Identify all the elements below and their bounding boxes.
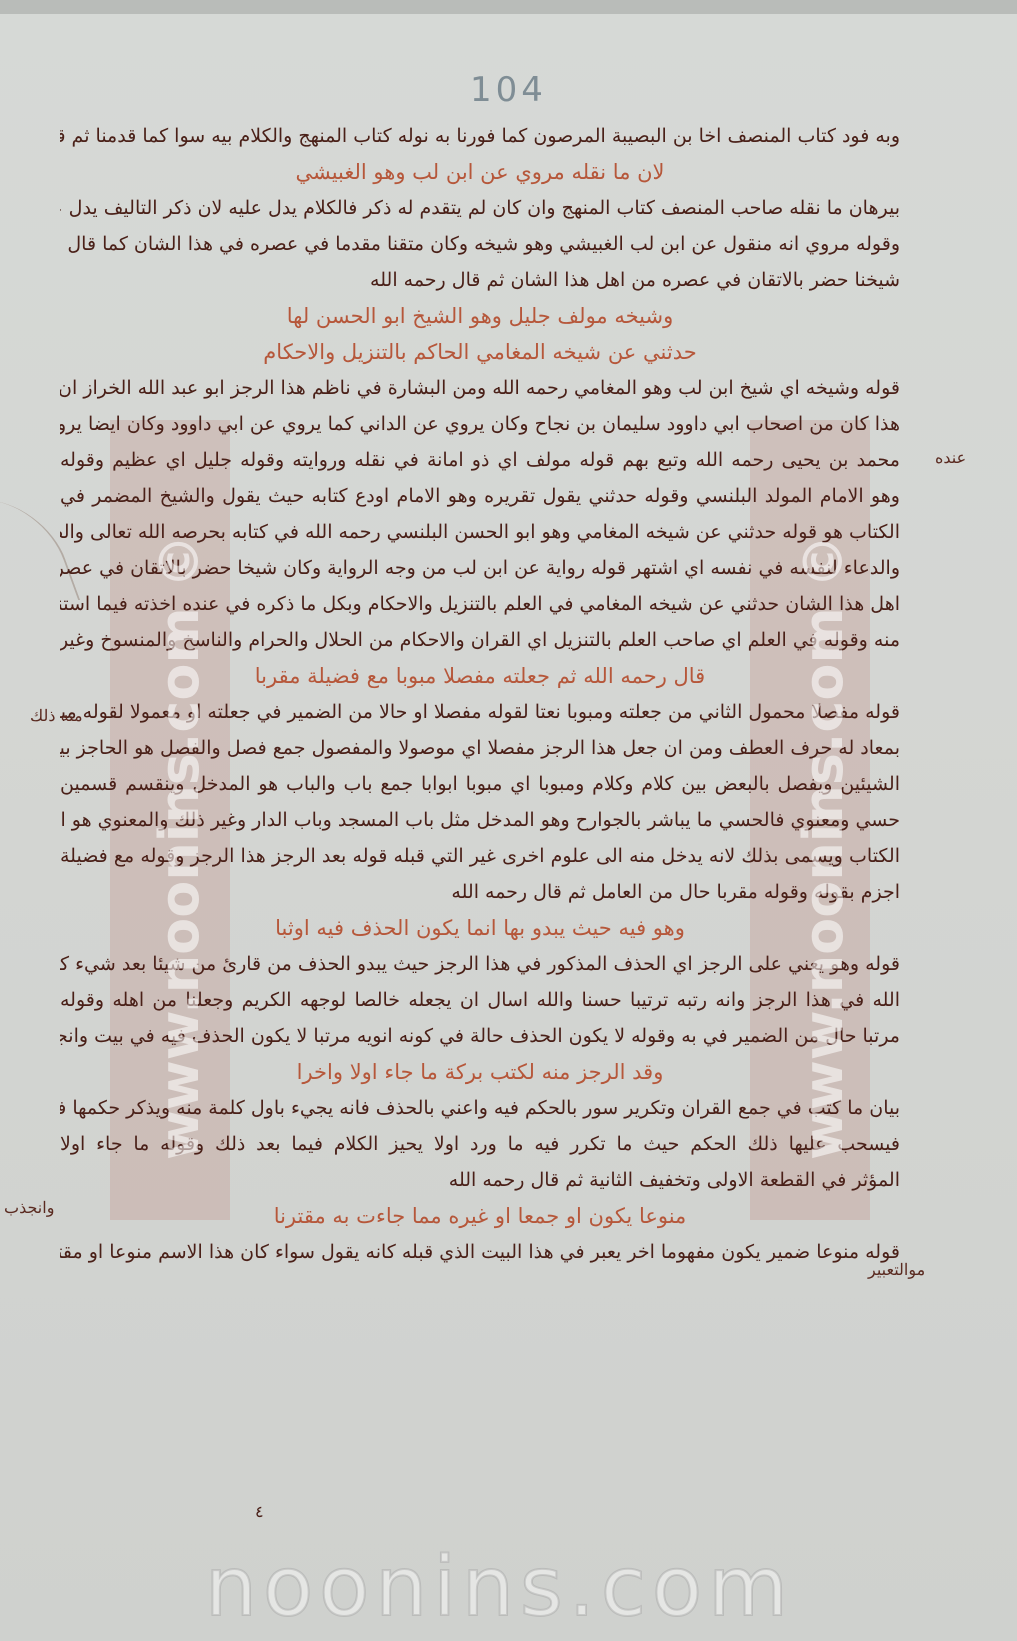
margin-note: موالتعبير — [868, 1260, 925, 1279]
text-line: وهو الامام المولد البلنسي وقوله حدثني يق… — [60, 478, 900, 514]
rubric-line: حدثني عن شيخه المغامي الحاكم بالتنزيل وا… — [60, 334, 900, 370]
catchword: ٤ — [255, 1502, 264, 1521]
manuscript-page: 104 وبه فود كتاب المنصف اخا بن البصيبة ا… — [0, 0, 1017, 1641]
margin-note: منه ذلك — [30, 706, 83, 725]
text-line: هذا كان من اصحاب ابي داوود سليمان بن نجا… — [60, 406, 900, 442]
text-line: بيرهان ما نقله صاحب المنصف كتاب المنهج و… — [60, 190, 900, 226]
text-line: وبه فود كتاب المنصف اخا بن البصيبة المرص… — [60, 118, 900, 154]
watermark-vertical-left: www.noonins.com © — [148, 534, 211, 1160]
text-line: شيخنا حضر بالاتقان في عصره من اهل هذا ال… — [60, 262, 900, 298]
watermark-bottom: noonins.com — [205, 1540, 794, 1635]
page-top-edge — [0, 0, 1017, 14]
margin-note: وانجذب — [4, 1198, 54, 1217]
rubric-line: وشيخه مولف جليل وهو الشيخ ابو الحسن لها — [60, 298, 900, 334]
text-line: وقوله مروي انه منقول عن ابن لب الغبيشي و… — [60, 226, 900, 262]
watermark-vertical-right: www.noonins.com © — [792, 534, 855, 1160]
margin-note: عنده — [935, 448, 966, 467]
text-line: قوله منوعا ضمير يكون مفهوما اخر يعبر في … — [60, 1234, 900, 1270]
rubric-line: منوعا يكون او جمعا او غيره مما جاءت به م… — [60, 1198, 900, 1234]
text-line: المؤثر في القطعة الاولى وتخفيف الثانية ث… — [60, 1162, 900, 1198]
rubric-line: لان ما نقله مروي عن ابن لب وهو الغبيشي — [60, 154, 900, 190]
text-line: قوله وشيخه اي شيخ ابن لب وهو المغامي رحم… — [60, 370, 900, 406]
folio-number: 104 — [470, 70, 547, 110]
text-line: محمد بن يحيى رحمه الله وتبع بهم قوله مول… — [60, 442, 900, 478]
